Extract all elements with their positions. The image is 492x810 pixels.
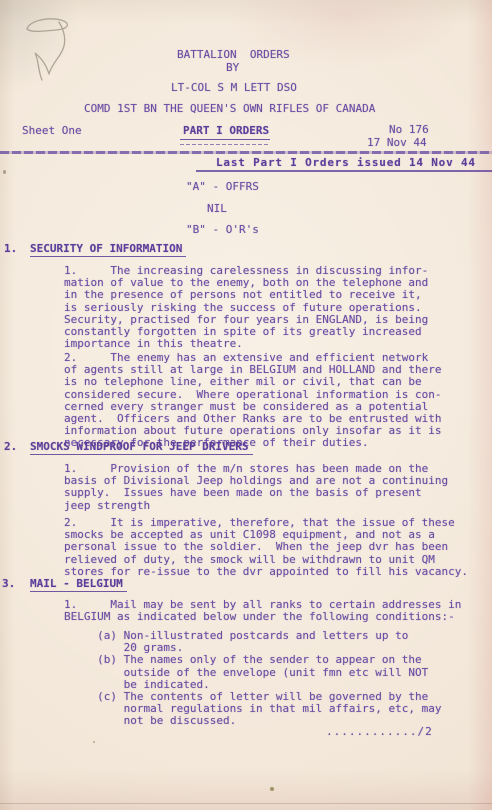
subheader-nil: NIL <box>207 203 227 215</box>
section-1-paragraph-1: 1. The increasing carelessness in discus… <box>64 265 428 350</box>
order-number: No 176 <box>389 124 429 136</box>
section-3-title: MAIL - BELGIUM <box>30 577 127 592</box>
doc-title-line1: BATTALION ORDERS <box>177 49 290 61</box>
section-1-title: SECURITY OF INFORMATION <box>30 242 186 257</box>
part-title-underline <box>180 139 270 145</box>
sheet-label: Sheet One <box>22 125 82 137</box>
subheader-offrs: "A" - OFFRS <box>186 181 259 193</box>
doc-command-line: COMD 1ST BN THE QUEEN'S OWN RIFLES OF CA… <box>84 103 375 115</box>
part-title: PART I ORDERS <box>183 125 269 137</box>
section-2-title: SMOCKS WINDPROOF FOR JEEP DRIVERS <box>30 440 253 455</box>
section-1-number: 1. <box>4 243 17 255</box>
doc-title-line2: BY <box>226 62 239 74</box>
section-3-number: 3. <box>2 578 15 590</box>
header-rule <box>0 151 492 154</box>
paper-speck <box>270 787 274 791</box>
section-3-conditions-list: (a) Non-illustrated postcards and letter… <box>64 630 442 728</box>
page-continuation-marker: ............/2 <box>326 726 433 738</box>
pencil-mark <box>18 14 82 92</box>
section-2-paragraph-2: 2. It is imperative, therefore, that the… <box>64 517 468 578</box>
last-orders-underline <box>196 170 492 172</box>
section-1-paragraph-2: 2. The enemy has an extensive and effici… <box>64 352 442 450</box>
subheader-ors: "B" - O'R's <box>186 224 259 236</box>
paper-speck <box>93 741 95 743</box>
last-orders-note: Last Part I Orders issued 14 Nov 44 <box>216 157 476 169</box>
paper-speck <box>3 170 6 174</box>
doc-commander: LT-COL S M LETT DSO <box>171 82 297 94</box>
order-date: 17 Nov 44 <box>367 137 427 149</box>
paper-bottom-edge <box>0 803 492 804</box>
section-3-paragraph-1: 1. Mail may be sent by all ranks to cert… <box>64 599 461 623</box>
section-2-paragraph-1: 1. Provision of the m/n stores has been … <box>64 463 448 512</box>
section-2-number: 2. <box>4 441 17 453</box>
document-page: BATTALION ORDERS BY LT-COL S M LETT DSO … <box>0 0 492 810</box>
